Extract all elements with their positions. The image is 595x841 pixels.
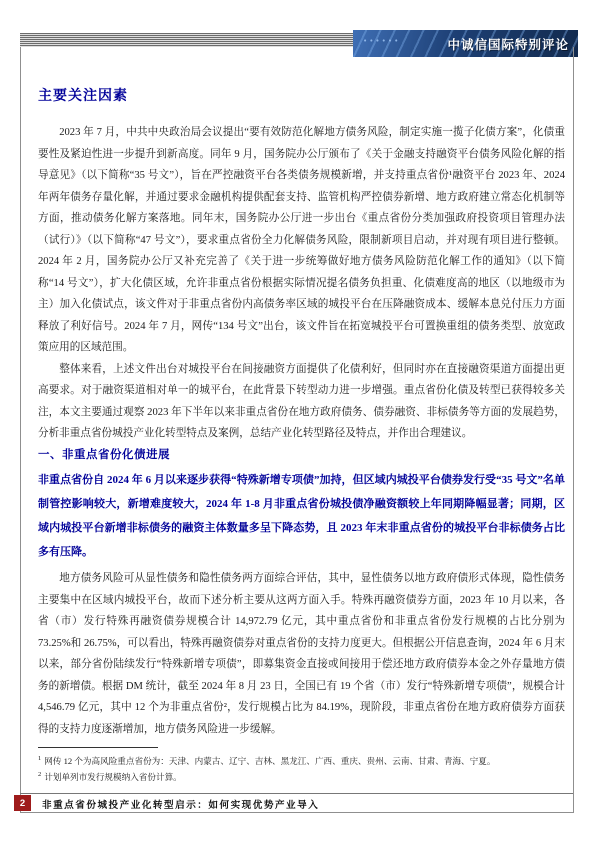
footer-report-title: 非重点省份城投产业化转型启示：如何实现优势产业导入 <box>42 797 319 811</box>
brand-banner: •••••• 中诚信国际特别评论 <box>353 30 578 57</box>
circuit-dots-decoration: •••••• <box>363 37 400 45</box>
paragraph-debt-analysis: 地方债务风险可从显性债务和隐性债务两方面综合评估，其中，显性债务以地方政府债形式… <box>38 568 565 740</box>
header-stripe-bar <box>20 33 356 47</box>
footnote-2-marker: 2 <box>38 771 41 778</box>
footnote-2: 2计划单列市发行规模纳入省份计算。 <box>38 768 558 784</box>
footer-separator-line <box>20 793 573 794</box>
paragraph-policy-background: 2023 年 7 月，中共中央政治局会议提出“要有效防范化解地方债务风险，制定实… <box>38 122 565 359</box>
footnote-1-text: 网传 12 个为高风险重点省份为：天津、内蒙古、辽宁、吉林、黑龙江、广西、重庆、… <box>44 756 495 766</box>
page-number-badge: 2 <box>14 795 31 811</box>
brand-title: 中诚信国际特别评论 <box>447 35 569 53</box>
section-title-key-factors: 主要关注因素 <box>38 88 565 106</box>
footnote-1: 1网传 12 个为高风险重点省份为：天津、内蒙古、辽宁、吉林、黑龙江、广西、重庆… <box>38 752 558 768</box>
footnote-1-marker: 1 <box>38 755 41 762</box>
footnote-2-text: 计划单列市发行规模纳入省份计算。 <box>44 772 182 782</box>
section-heading-1: 一、非重点省份化债进展 <box>38 445 565 467</box>
document-body: 主要关注因素 2023 年 7 月，中共中央政治局会议提出“要有效防范化解地方债… <box>38 88 565 740</box>
footnote-separator-line <box>38 747 158 748</box>
footnotes-block: 1网传 12 个为高风险重点省份为：天津、内蒙古、辽宁、吉林、黑龙江、广西、重庆… <box>38 747 558 784</box>
paragraph-highlight-summary: 非重点省份自 2024 年 6 月以来逐步获得“特殊新增专项债”加持，但区域内城… <box>38 468 565 564</box>
paragraph-overview: 整体来看，上述文件出台对城投平台在间接融资方面提供了化债利好，但同时亦在直接融资… <box>38 359 565 445</box>
